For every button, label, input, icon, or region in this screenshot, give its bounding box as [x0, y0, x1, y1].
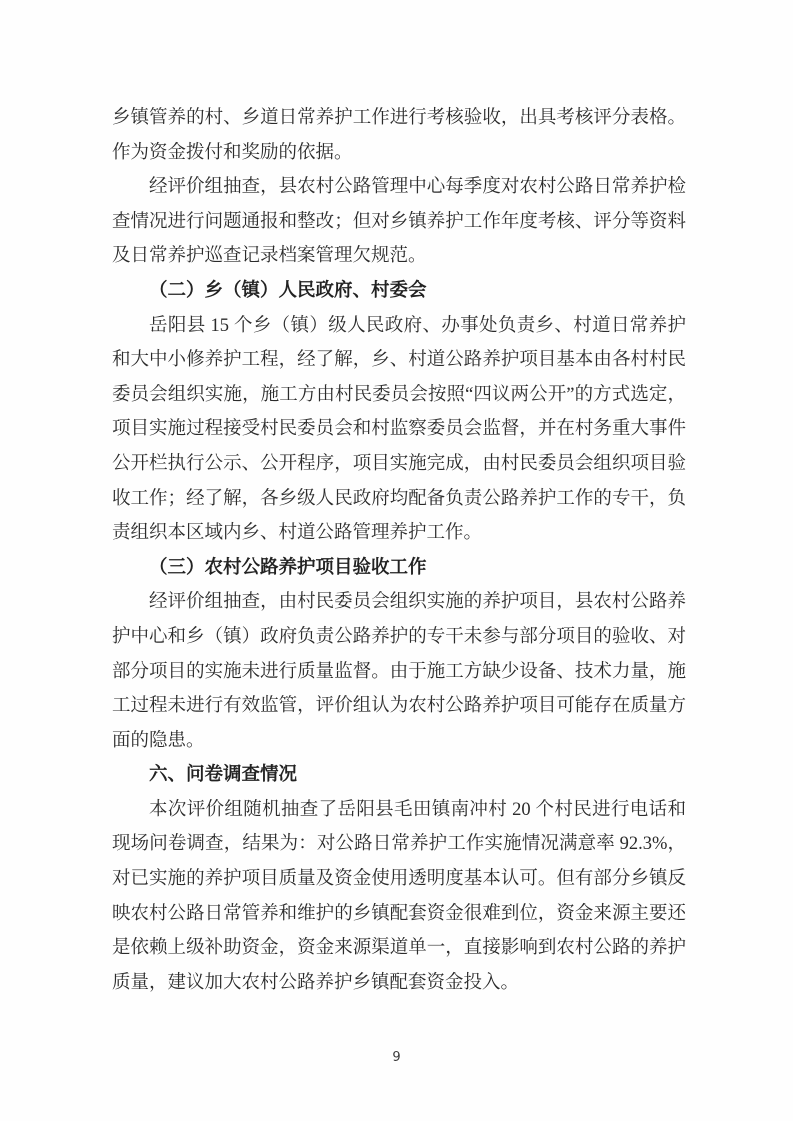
- page-number: 9: [0, 1050, 793, 1066]
- paragraph: 经评价组抽查，县农村公路管理中心每季度对农村公路日常养护检查情况进行问题通报和整…: [112, 170, 686, 274]
- section-heading-questionnaire-survey: 六、问卷调查情况: [112, 758, 686, 793]
- section-heading-maintenance-acceptance: （三）农村公路养护项目验收工作: [112, 551, 686, 586]
- document-body: 乡镇管养的村、乡道日常养护工作进行考核验收，出具考核评分表格。作为资金拨付和奖励…: [112, 101, 686, 1000]
- document-page: 乡镇管养的村、乡道日常养护工作进行考核验收，出具考核评分表格。作为资金拨付和奖励…: [0, 0, 793, 1121]
- paragraph-continuation: 乡镇管养的村、乡道日常养护工作进行考核验收，出具考核评分表格。作为资金拨付和奖励…: [112, 101, 686, 170]
- section-heading-township-government: （二）乡（镇）人民政府、村委会: [112, 274, 686, 309]
- paragraph: 经评价组抽查，由村民委员会组织实施的养护项目，县农村公路养护中心和乡（镇）政府负…: [112, 585, 686, 758]
- paragraph: 岳阳县 15 个乡（镇）级人民政府、办事处负责乡、村道日常养护和大中小修养护工程…: [112, 309, 686, 551]
- paragraph: 本次评价组随机抽查了岳阳县毛田镇南冲村 20 个村民进行电话和现场问卷调查，结果…: [112, 793, 686, 1001]
